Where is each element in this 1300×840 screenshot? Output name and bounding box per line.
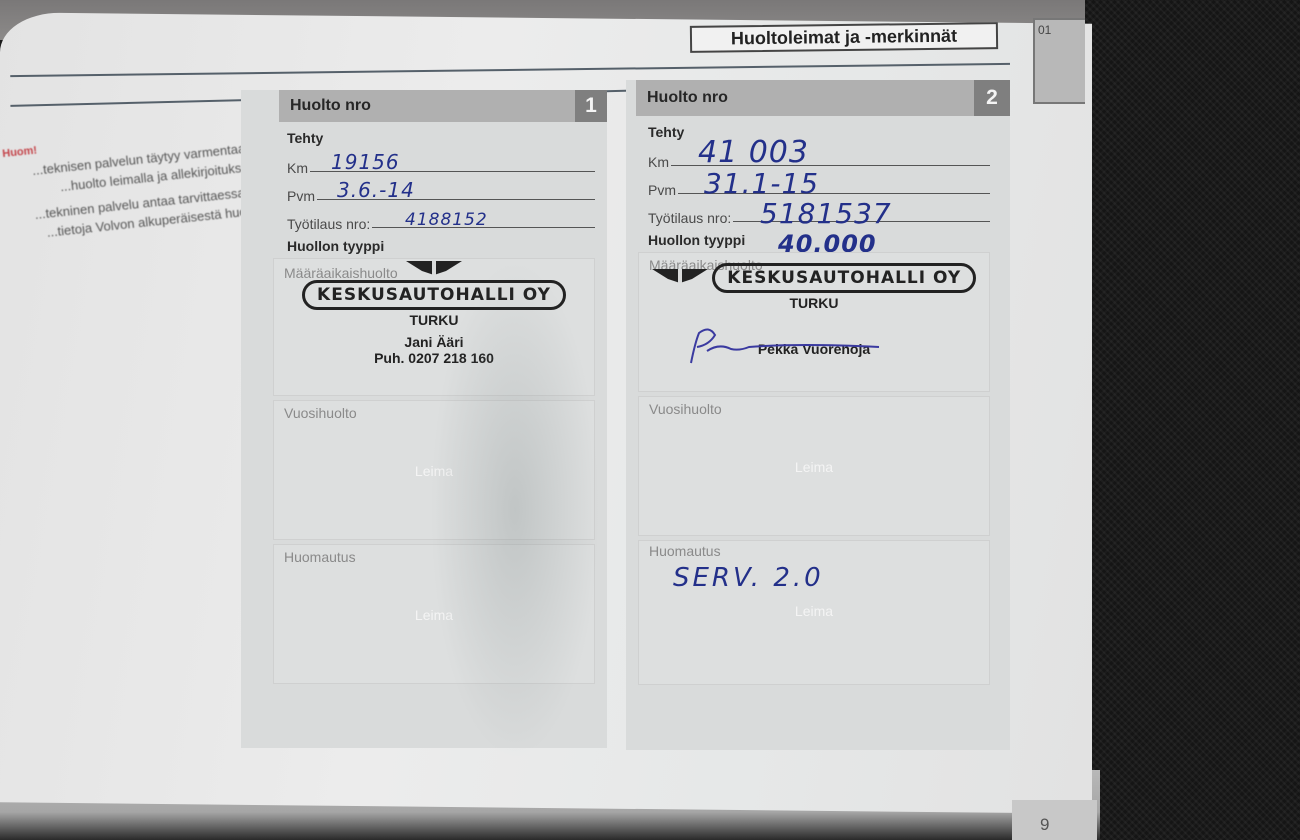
section-title: Huoltoleimat ja -merkinnät <box>690 22 998 53</box>
work-order-field: Työtilaus nro: 5181537 <box>648 198 1010 226</box>
service-type-label: Huollon tyyppi <box>287 238 607 254</box>
date-label: Pvm <box>648 182 676 198</box>
stamp-city: TURKU <box>639 295 989 311</box>
remark-label: Huomautus <box>284 549 356 565</box>
date-field: Pvm 31.1-15 <box>648 170 1010 198</box>
stamp-person: Jani Ääri <box>274 334 594 350</box>
header-rule <box>10 63 1010 77</box>
annual-service-box: Vuosihuolto Leima <box>638 396 990 536</box>
date-value: 3.6.-14 <box>337 178 415 202</box>
service-type-label: Huollon tyyppi 40.000 <box>648 232 1010 248</box>
km-value: 19156 <box>331 150 400 174</box>
scheduled-service-box: Määräaikaishuolto KESKUSAUTOHALLI OY TUR… <box>638 252 990 392</box>
stamp-company: KESKUSAUTOHALLI OY <box>302 280 566 310</box>
page-number: 9 <box>1040 815 1049 835</box>
service-card-2: Huolto nro 2 Tehty Km 41 003 Pvm 31.1-15… <box>626 80 1010 750</box>
stamp-placeholder: Leima <box>639 459 989 475</box>
done-label: Tehty <box>287 130 607 146</box>
date-field: Pvm 3.6.-14 <box>287 176 607 204</box>
card-header: Huolto nro 1 <box>279 90 607 122</box>
stamp-company: KESKUSAUTOHALLI OY <box>712 263 976 293</box>
signature <box>679 325 899 365</box>
date-label: Pvm <box>287 188 315 204</box>
stamp-placeholder: Leima <box>639 603 989 619</box>
work-order-label: Työtilaus nro: <box>648 210 731 226</box>
remark-box: Huomautus SERV. 2.0 Leima <box>638 540 990 685</box>
work-order-value: 4188152 <box>405 210 488 230</box>
dealer-stamp: KESKUSAUTOHALLI OY TURKU Jani Ääri Puh. … <box>274 261 594 366</box>
km-value: 41 003 <box>698 135 809 170</box>
km-label: Km <box>287 160 308 176</box>
stamp-placeholder: Leima <box>274 607 594 623</box>
chapter-tab: 01 <box>1033 18 1085 104</box>
service-number: 2 <box>974 80 1010 116</box>
card-title: Huolto nro <box>279 97 371 115</box>
annual-label: Vuosihuolto <box>284 405 357 421</box>
card-header: Huolto nro 2 <box>636 80 1010 116</box>
date-value: 31.1-15 <box>704 167 819 200</box>
scheduled-service-box: Määräaikaishuolto KESKUSAUTOHALLI OY TUR… <box>273 258 595 396</box>
km-field: Km 19156 <box>287 148 607 176</box>
stamp-city: TURKU <box>274 312 594 328</box>
remark-box: Huomautus Leima <box>273 544 595 684</box>
km-field: Km 41 003 <box>648 142 1010 170</box>
fabric-background <box>1085 0 1300 840</box>
logo-wings-icon <box>406 261 462 275</box>
card-title: Huolto nro <box>636 89 728 107</box>
stamp-placeholder: Leima <box>274 463 594 479</box>
logo-wings-icon <box>652 269 708 283</box>
annual-service-box: Vuosihuolto Leima <box>273 400 595 540</box>
chapter-number: 01 <box>1038 23 1051 37</box>
work-order-value: 5181537 <box>760 197 892 230</box>
service-number: 1 <box>575 90 607 122</box>
service-card-1: Huolto nro 1 Tehty Km 19156 Pvm 3.6.-14 … <box>241 90 607 748</box>
page-number-tab <box>1012 800 1097 840</box>
km-label: Km <box>648 154 669 170</box>
work-order-field: Työtilaus nro: 4188152 <box>287 204 607 232</box>
remark-label: Huomautus <box>649 543 721 559</box>
remark-value: SERV. 2.0 <box>673 563 824 593</box>
annual-label: Vuosihuolto <box>649 401 722 417</box>
service-type-text: Huollon tyyppi <box>648 232 745 248</box>
stamp-phone: Puh. 0207 218 160 <box>274 350 594 366</box>
work-order-label: Työtilaus nro: <box>287 216 370 232</box>
